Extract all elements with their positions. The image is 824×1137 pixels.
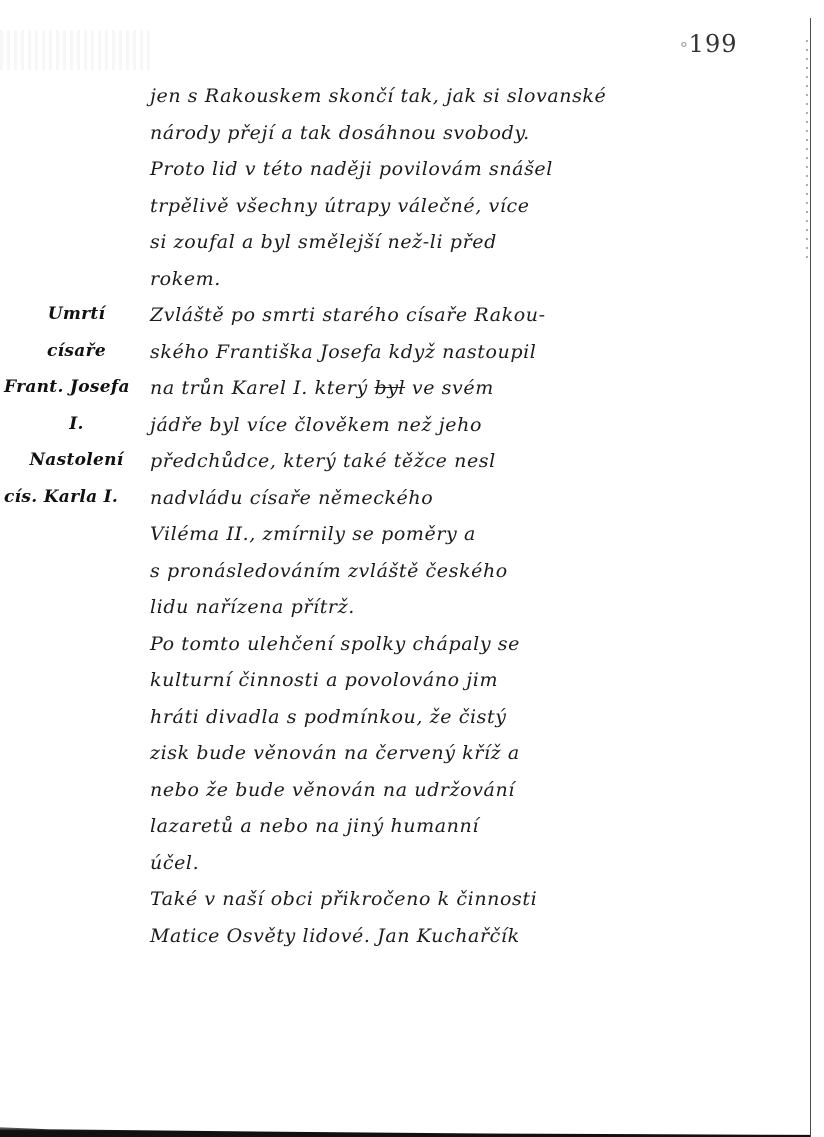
text-line: jádře byl více člověkem než jeho bbox=[150, 407, 770, 444]
page-edge-dots bbox=[806, 40, 808, 260]
scan-bottom-shadow bbox=[0, 1123, 810, 1137]
text-line: nadvládu císaře německého bbox=[150, 480, 770, 517]
text-line: Po tomto ulehčení spolky chápaly se bbox=[150, 626, 770, 663]
text-line: na trůn Karel I. který byl ve svém bbox=[150, 370, 770, 407]
page-number-value: 199 bbox=[689, 30, 738, 58]
text-line: zisk bude věnován na červený kříž a bbox=[150, 735, 770, 772]
margin-note-line: Nastolení bbox=[4, 442, 149, 479]
text-line: ského Františka Josefa když nastoupil bbox=[150, 334, 770, 371]
text-line: Proto lid v této naději povilovám snášel bbox=[150, 151, 770, 188]
text-line: lazaretů a nebo na jiný humanní bbox=[150, 808, 770, 845]
margin-note-line: Umrtí bbox=[4, 296, 149, 333]
margin-note-line: cís. Karla I. bbox=[4, 479, 149, 516]
text-line: kulturní činnosti a povolováno jim bbox=[150, 662, 770, 699]
text-line: účel. bbox=[150, 845, 770, 882]
text-line: Také v naší obci přikročeno k činnosti bbox=[150, 881, 770, 918]
text-line: hráti divadla s podmínkou, že čistý bbox=[150, 699, 770, 736]
text-line: lidu nařízena přítrž. bbox=[150, 589, 770, 626]
margin-note-line: císaře bbox=[4, 333, 149, 370]
text-line: rokem. bbox=[150, 261, 770, 298]
bleed-through-mark bbox=[0, 30, 150, 70]
margin-note-line: Frant. Josefa bbox=[4, 369, 149, 406]
text-line: Matice Osvěty lidové. Jan Kuchařčík bbox=[150, 918, 770, 955]
margin-notes: Umrtí císaře Frant. Josefa I. Nastolení … bbox=[4, 296, 149, 515]
text-line: národy přejí a tak dosáhnou svobody. bbox=[150, 115, 770, 152]
handwritten-body: jen s Rakouskem skončí tak, jak si slova… bbox=[150, 78, 770, 954]
text-line: nebo že bude věnován na udržování bbox=[150, 772, 770, 809]
text-line: s pronásledováním zvláště českého bbox=[150, 553, 770, 590]
manuscript-page: ॰199 Umrtí císaře Frant. Josefa I. Nasto… bbox=[0, 0, 824, 1137]
struck-word: byl bbox=[374, 377, 405, 399]
page-edge-line bbox=[810, 18, 811, 1137]
page-number-smudge: ॰ bbox=[680, 36, 689, 57]
text-line: Zvláště po smrti starého císaře Rakou- bbox=[150, 297, 770, 334]
text-line: Viléma II., zmírnily se poměry a bbox=[150, 516, 770, 553]
text-line: si zoufal a byl smělejší než-li před bbox=[150, 224, 770, 261]
margin-note-line: I. bbox=[4, 406, 149, 443]
page-number: ॰199 bbox=[680, 30, 737, 58]
text-line: trpělivě všechny útrapy válečné, více bbox=[150, 188, 770, 225]
text-line: jen s Rakouskem skončí tak, jak si slova… bbox=[150, 78, 770, 115]
text-line: předchůdce, který také těžce nesl bbox=[150, 443, 770, 480]
